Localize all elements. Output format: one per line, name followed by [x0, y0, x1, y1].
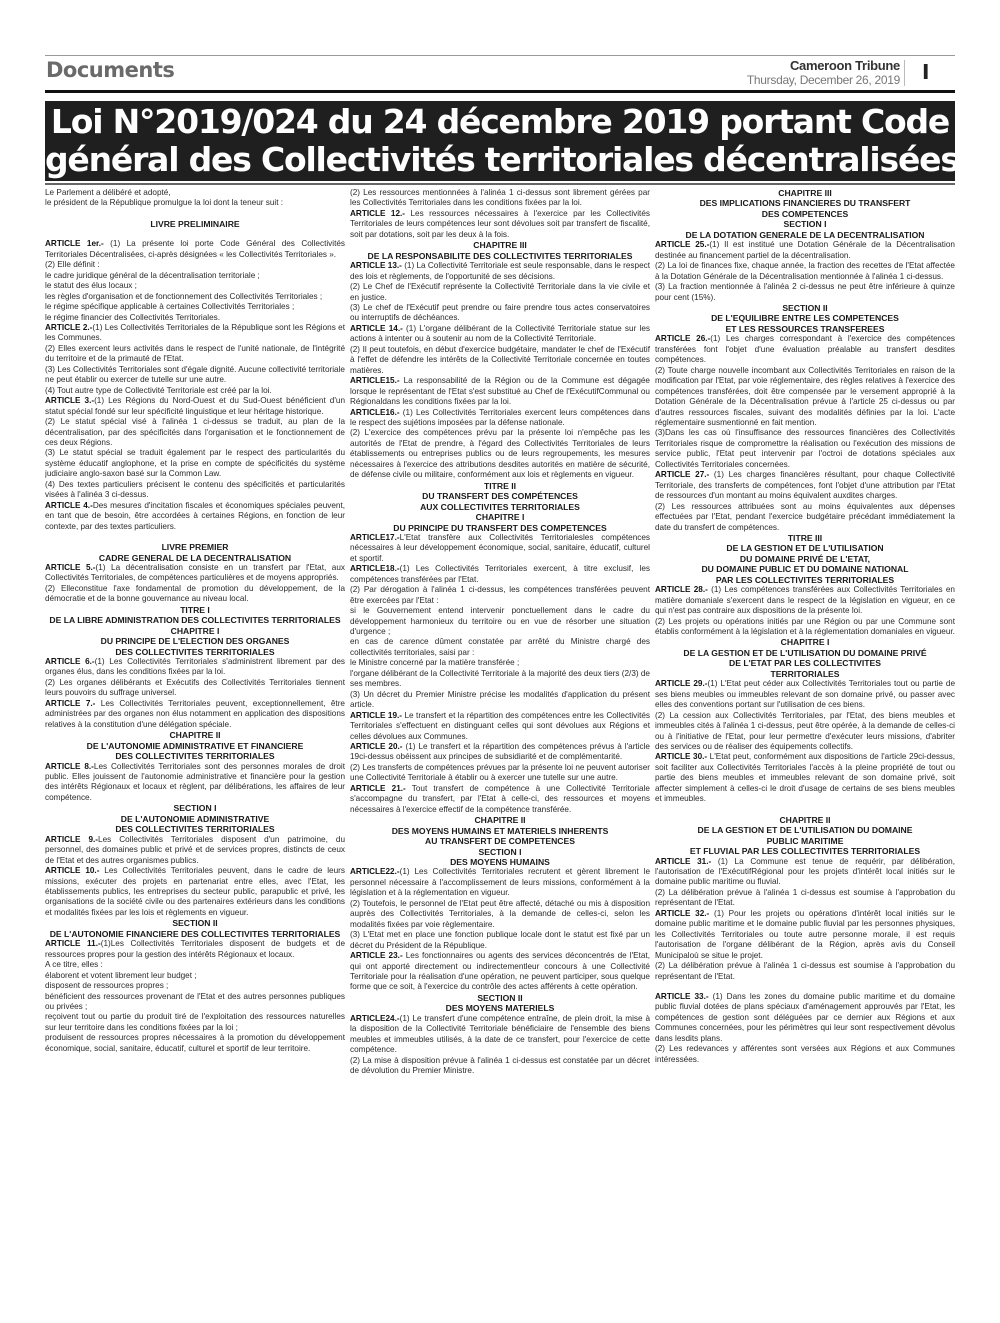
article-paragraph: ARTICLE 1er.- (1) La présente loi porte …	[45, 239, 345, 260]
paragraph: (2) Elleconstitue l'axe fondamental de p…	[45, 584, 345, 605]
paragraph-text: (4) Tout autre type de Collectivité Terr…	[45, 386, 272, 395]
paragraph: (3) Un décret du Premier Ministre précis…	[350, 690, 650, 711]
section-heading: TERRITORIALES	[655, 669, 955, 679]
paragraph-text: (2) Elleconstitue l'axe fondamental de p…	[45, 584, 345, 603]
article-paragraph: ARTICLE 29.-(1) L'Etat peut céder aux Co…	[655, 679, 955, 710]
section-heading: AUX COLLECTIVITES TERRITORIALES	[350, 502, 650, 512]
article-number: ARTICLE 2.-	[45, 323, 92, 332]
paragraph: (2) Le statut spécial visé à l'alinéa 1 …	[45, 417, 345, 448]
paragraph: (2) Elles exercent leurs activités dans …	[45, 344, 345, 365]
section-heading: DES COLLECTIVITES TERRITORIALES	[45, 647, 345, 657]
headline-line-2: général des Collectivités territoriales …	[45, 141, 955, 179]
article-paragraph: ARTICLE15.- La responsabilité de la Régi…	[350, 376, 650, 407]
section-heading: CADRE GENERAL DE LA DECENTRALISATION	[45, 553, 345, 563]
paragraph: (2) La délibération prévue à l'alinéa 1 …	[655, 888, 955, 909]
paragraph-text: A ce titre, elles :	[45, 960, 103, 969]
section-heading: DES MOYENS MATERIELS	[350, 1003, 650, 1013]
article-number: ARTICLE17.-	[350, 533, 400, 542]
paragraph: (2) Les redevances y afférentes sont ver…	[655, 1044, 955, 1065]
section-heading: DU DOMAINE PRIVÉ DE L'ETAT,	[655, 554, 955, 564]
section-heading: DU PRINCIPE DU TRANSFERT DES COMPETENCES	[350, 523, 650, 533]
paragraph: le Ministre concerné par la matière tran…	[350, 658, 650, 668]
paragraph: élaborent et votent librement leur budge…	[45, 971, 345, 981]
paragraph: (3) Le statut spécial se traduit égaleme…	[45, 448, 345, 479]
paragraph-text: si le Gouvernement entend intervenir pon…	[350, 606, 650, 636]
article-paragraph: ARTICLE 19.- Le transfert et la répartit…	[350, 711, 650, 742]
article-paragraph: ARTICLE 2.-(1) Les Collectivités Territo…	[45, 323, 345, 344]
article-number: ARTICLE 8.-	[45, 762, 94, 771]
paragraph: en cas de carence dûment constatée par a…	[350, 637, 650, 658]
article-number: ARTICLE24.-	[350, 1014, 400, 1023]
spacer	[45, 209, 345, 219]
article-number: ARTICLE 23.-	[350, 951, 403, 960]
paragraph-text: (2) Les transferts de compétences prévue…	[350, 763, 650, 782]
headline: Loi N°2019/024 du 24 décembre 2019 porta…	[45, 101, 955, 181]
paragraph-text: (2) Le Chef de l'Exécutif représente la …	[350, 282, 650, 301]
paragraph: (2) Les organes délibérants et Exécutifs…	[45, 678, 345, 699]
paragraph-text: (2) L'exercice des compétences prévu par…	[350, 428, 650, 479]
paragraph: les règles d'organisation et de fonction…	[45, 292, 345, 302]
article-number: ARTICLE18.-	[350, 564, 400, 573]
paragraph: le cadre juridique général de la décentr…	[45, 271, 345, 281]
paragraph-text: le cadre juridique général de la décentr…	[45, 271, 260, 280]
section-heading: TITRE II	[350, 481, 650, 491]
article-number: ARTICLE 26.-	[655, 334, 710, 343]
page-number: I	[922, 60, 929, 84]
article-number: ARTICLE15.-	[350, 376, 400, 385]
paragraph-text: (2) Il peut toutefois, en début d'exerci…	[350, 345, 650, 375]
paragraph: (2) La délibération prévue à l'alinéa 1 …	[655, 961, 955, 982]
column-1: Le Parlement a délibéré et adopté,le pré…	[45, 188, 345, 1278]
article-paragraph: ARTICLE 4.-Des mesures d'incitation fisc…	[45, 501, 345, 532]
article-number: ARTICLE 6.-	[45, 657, 95, 666]
article-paragraph: ARTICLE 33.- (1) Dans les zones du domai…	[655, 992, 955, 1044]
spacer	[655, 805, 955, 815]
paragraph-text: (4) Des textes particuliers précisent le…	[45, 480, 345, 499]
article-paragraph: ARTICLE 23.- Les fonctionnaires ou agent…	[350, 951, 650, 993]
section-heading: SECTION I	[45, 803, 345, 813]
paragraph-text: (2) Les ressources mentionnées à l'aliné…	[350, 188, 650, 207]
paragraph: A ce titre, elles :	[45, 960, 345, 970]
paragraph: le président de la République promulgue …	[45, 198, 345, 208]
section-label: Documents	[46, 58, 174, 82]
paragraph: (2) Toute charge nouvelle incombant aux …	[655, 366, 955, 429]
publication-date: Thursday, December 26, 2019	[747, 73, 900, 87]
section-heading: CHAPITRE II	[655, 815, 955, 825]
paragraph-text: (2) Les redevances y afférentes sont ver…	[655, 1044, 955, 1063]
paragraph-text: (3) L'Etat met en place une fonction pub…	[350, 930, 650, 949]
article-paragraph: ARTICLE 7.- Les Collectivités Territoria…	[45, 699, 345, 730]
section-heading: DU TRANSFERT DES COMPÉTENCES	[350, 491, 650, 501]
section-heading: TITRE III	[655, 533, 955, 543]
article-paragraph: ARTICLE 8.-Les Collectivités Territorial…	[45, 762, 345, 804]
paragraph: bénéficient des ressources provenant de …	[45, 992, 345, 1013]
article-paragraph: ARTICLE 11.-(1)Les Collectivités Territo…	[45, 939, 345, 960]
top-rule	[45, 55, 955, 56]
section-heading: DE L'AUTONOMIE ADMINISTRATIVE ET FINANCI…	[45, 741, 345, 751]
article-columns: Le Parlement a délibéré et adopté,le pré…	[45, 188, 955, 1278]
article-paragraph: ARTICLE 9.-Les Collectivités Territorial…	[45, 835, 345, 866]
headline-line-1: Loi N°2019/024 du 24 décembre 2019 porta…	[45, 103, 955, 141]
article-paragraph: ARTICLE22.-(1) Les Collectivités Territo…	[350, 867, 650, 898]
paragraph-text: (2) Elle définit :	[45, 260, 100, 269]
paragraph-text: (2) Toute charge nouvelle incombant aux …	[655, 366, 955, 427]
paragraph: (2) Par dérogation à l'alinéa 1 ci-dessu…	[350, 585, 650, 606]
section-heading: SECTION II	[350, 993, 650, 1003]
paragraph: (3) Les Collectivités Territoriales sont…	[45, 365, 345, 386]
section-heading: CHAPITRE II	[350, 815, 650, 825]
column-2: (2) Les ressources mentionnées à l'aliné…	[350, 188, 650, 1278]
article-paragraph: ARTICLE 25.-(1) Il est institué une Dota…	[655, 240, 955, 261]
paragraph-text: (3) Les Collectivités Territoriales sont…	[45, 365, 345, 384]
paragraph: (2) Il peut toutefois, en début d'exerci…	[350, 345, 650, 376]
paragraph: le régime spécifique applicable à certai…	[45, 302, 345, 312]
headline-underrule	[45, 183, 955, 185]
paragraph: (3)Dans les cas où l'insuffisance des re…	[655, 428, 955, 470]
paragraph-text: reçoivent tout ou partie du produit tiré…	[45, 1012, 345, 1031]
article-number: ARTICLE 13.-	[350, 261, 402, 270]
section-heading: DES MOYENS HUMAINS	[350, 857, 650, 867]
paragraph: (2) L'exercice des compétences prévu par…	[350, 428, 650, 480]
section-heading: CHAPITRE I	[45, 626, 345, 636]
article-paragraph: ARTICLE 27.- (1) Les charges financières…	[655, 470, 955, 501]
section-heading: DU DOMAINE PUBLIC ET DU DOMAINE NATIONAL	[655, 564, 955, 574]
section-heading: SECTION II	[655, 303, 955, 313]
paragraph-text: le Ministre concerné par la matière tran…	[350, 658, 519, 667]
paragraph-text: l'organe délibérant de la Collectivité T…	[350, 669, 650, 688]
paragraph: (3) L'Etat met en place une fonction pub…	[350, 930, 650, 951]
article-number: ARTICLE 9.-	[45, 835, 98, 844]
article-number: ARTICLE 5.-	[45, 563, 96, 572]
paragraph-text: (2) La mise à disposition prévue à l'ali…	[350, 1056, 650, 1075]
section-heading: DES MOYENS HUMAINS ET MATERIELS INHERENT…	[350, 826, 650, 836]
paragraph-text: les règles d'organisation et de fonction…	[45, 292, 322, 301]
section-heading: DE LA DOTATION GENERALE DE LA DECENTRALI…	[655, 230, 955, 240]
paragraph: (2) La mise à disposition prévue à l'ali…	[350, 1056, 650, 1077]
article-number: ARTICLE 1er.-	[45, 239, 104, 248]
article-paragraph: ARTICLE 10.- Les Collectivités Territori…	[45, 866, 345, 918]
section-heading: CHAPITRE III	[655, 188, 955, 198]
spacer	[45, 229, 345, 239]
section-heading: DES COLLECTIVITES TERRITORIALES	[45, 824, 345, 834]
paragraph-text: bénéficient des ressources provenant de …	[45, 992, 345, 1011]
paragraph-text: (2) Toutefois, le personnel de l'Etat pe…	[350, 899, 650, 929]
paragraph: disposent de ressources propres ;	[45, 981, 345, 991]
paragraph: si le Gouvernement entend intervenir pon…	[350, 606, 650, 637]
article-number: ARTICLE 30.-	[655, 752, 707, 761]
paragraph-text: (2) Elles exercent leurs activités dans …	[45, 344, 345, 363]
paragraph: reçoivent tout ou partie du produit tiré…	[45, 1012, 345, 1033]
section-heading: SECTION II	[45, 918, 345, 928]
article-paragraph: ARTICLE17.-L'Etat transfère aux Collecti…	[350, 533, 650, 564]
paragraph-text: (2) La cession aux Collectivités Territo…	[655, 711, 955, 751]
article-paragraph: ARTICLE 28.- (1) Les compétences transfé…	[655, 585, 955, 616]
paragraph: (2) Les ressources mentionnées à l'aliné…	[350, 188, 650, 209]
section-heading: DES COMPETENCES	[655, 209, 955, 219]
article-number: ARTICLE22.-	[350, 867, 400, 876]
article-paragraph: ARTICLE 3.-(1) Les Régions du Nord-Ouest…	[45, 396, 345, 417]
section-heading: ET LES RESSOURCES TRANSFEREES	[655, 324, 955, 334]
paragraph-text: disposent de ressources propres ;	[45, 981, 168, 990]
paragraph-text: (2) Par dérogation à l'alinéa 1 ci-dessu…	[350, 585, 650, 604]
article-paragraph: ARTICLE 26.-(1) Les charges correspondan…	[655, 334, 955, 365]
paragraph-text: Le Parlement a délibéré et adopté,	[45, 188, 171, 197]
article-number: ARTICLE 11.-	[45, 939, 101, 948]
section-heading: DE L'EQUILIBRE ENTRE LES COMPETENCES	[655, 313, 955, 323]
article-number: ARTICLE 25.-	[655, 240, 709, 249]
article-number: ARTICLE 27.-	[655, 470, 709, 479]
article-number: ARTICLE 14.-	[350, 324, 403, 333]
section-heading: DE LA GESTION ET DE L'UTILISATION DU DOM…	[655, 648, 955, 658]
paragraph: (2) Elle définit :	[45, 260, 345, 270]
article-number: ARTICLE 3.-	[45, 396, 94, 405]
paragraph-text: (3) La fraction mentionnée à l'alinéa 2 …	[655, 282, 955, 301]
paragraph: le régime financier des Collectivités Te…	[45, 313, 345, 323]
article-paragraph: ARTICLE 20.- (1) Le transfert et la répa…	[350, 742, 650, 763]
section-heading: LIVRE PRELIMINAIRE	[45, 219, 345, 229]
section-heading: CHAPITRE II	[45, 730, 345, 740]
paragraph: (2) Les transferts de compétences prévue…	[350, 763, 650, 784]
article-number: ARTICLE 19.-	[350, 711, 402, 720]
section-heading: DE L'AUTONOMIE ADMINISTRATIVE	[45, 814, 345, 824]
article-number: ARTICLE 28.-	[655, 585, 708, 594]
article-number: ARTICLE 32.-	[655, 909, 709, 918]
section-heading: DE LA GESTION ET DE L'UTILISATION DU DOM…	[655, 825, 955, 835]
paragraph-text: le régime financier des Collectivités Te…	[45, 313, 220, 322]
section-heading: DE LA GESTION ET DE L'UTILISATION	[655, 543, 955, 553]
section-heading: AU TRANSFERT DE COMPETENCES	[350, 836, 650, 846]
section-heading: PUBLIC MARITIME	[655, 836, 955, 846]
article-paragraph: ARTICLE18.-(1) Les Collectivités Territo…	[350, 564, 650, 585]
section-heading: DU PRINCIPE DE L'ELECTION DES ORGANES	[45, 636, 345, 646]
paragraph-text: élaborent et votent librement leur budge…	[45, 971, 197, 980]
paragraph: (2) Les projets ou opérations initiés pa…	[655, 617, 955, 638]
paragraph-text: (2) Les ressources attribuées sont au mo…	[655, 502, 955, 532]
paragraph: (2) Toutefois, le personnel de l'Etat pe…	[350, 899, 650, 930]
paragraph-text: le président de la République promulgue …	[45, 198, 283, 207]
paragraph-text: le statut des élus locaux ;	[45, 281, 137, 290]
paragraph: (3) Le chef de l'Exécutif peut prendre o…	[350, 303, 650, 324]
article-number: ARTICLE 4.-	[45, 501, 93, 510]
masthead-divider	[904, 60, 905, 86]
article-number: ARTICLE16.-	[350, 408, 400, 417]
paragraph: (4) Des textes particuliers précisent le…	[45, 480, 345, 501]
article-number: ARTICLE 10.-	[45, 866, 99, 875]
article-number: ARTICLE 7.-	[45, 699, 95, 708]
section-heading: PAR LES COLLECTIVITES TERRITORIALES	[655, 575, 955, 585]
article-paragraph: ARTICLE 12.- Les ressources nécessaires …	[350, 209, 650, 240]
article-paragraph: ARTICLE 31.- (1) La Commune est tenue de…	[655, 857, 955, 888]
paragraph-text: produisent de ressources propres nécessa…	[45, 1033, 345, 1052]
article-paragraph: ARTICLE16.- (1) Les Collectivités Territ…	[350, 408, 650, 429]
paragraph: Le Parlement a délibéré et adopté,	[45, 188, 345, 198]
paragraph: l'organe délibérant de la Collectivité T…	[350, 669, 650, 690]
article-paragraph: ARTICLE24.-(1) Le transfert d'une compét…	[350, 1014, 650, 1056]
article-paragraph: ARTICLE 30.- L'Etat peut, conformément a…	[655, 752, 955, 804]
section-heading: DES COLLECTIVITES TERRITORIALES	[45, 751, 345, 761]
article-number: ARTICLE 31.-	[655, 857, 711, 866]
paragraph-text: (2) Les organes délibérants et Exécutifs…	[45, 678, 345, 697]
section-heading: TITRE I	[45, 605, 345, 615]
section-heading: SECTION I	[350, 847, 650, 857]
article-number: ARTICLE 20.-	[350, 742, 403, 751]
paragraph: (2) Les ressources attribuées sont au mo…	[655, 502, 955, 533]
article-number: ARTICLE 29.-	[655, 679, 708, 688]
section-heading: DE LA RESPONSABILITE DES COLLECTIVITES T…	[350, 251, 650, 261]
article-paragraph: ARTICLE 5.-(1) La décentralisation consi…	[45, 563, 345, 584]
article-number: ARTICLE 21.-	[350, 784, 406, 793]
section-heading: LIVRE PREMIER	[45, 542, 345, 552]
section-heading: CHAPITRE I	[655, 637, 955, 647]
paragraph-text: (2) La délibération prévue à l'alinéa 1 …	[655, 888, 955, 907]
paragraph-text: (3) Le statut spécial se traduit égaleme…	[45, 448, 345, 478]
masthead: Cameroon Tribune Thursday, December 26, …	[747, 58, 900, 87]
newspaper-name: Cameroon Tribune	[747, 58, 900, 73]
article-number: ARTICLE 12.-	[350, 209, 405, 218]
section-heading: CHAPITRE III	[350, 240, 650, 250]
paragraph: (2) La loi de finances fixe, chaque anné…	[655, 261, 955, 282]
section-heading: SECTION I	[655, 219, 955, 229]
article-number: ARTICLE 33.-	[655, 992, 709, 1001]
spacer	[45, 532, 345, 542]
paragraph-text: (3) Un décret du Premier Ministre précis…	[350, 690, 650, 709]
article-paragraph: ARTICLE 13.- (1) La Collectivité Territo…	[350, 261, 650, 282]
section-heading: DE L'AUTONOMIE FINANCIERE DES COLLECTIVI…	[45, 929, 345, 939]
paragraph-text: (2) Le statut spécial visé à l'alinéa 1 …	[45, 417, 345, 447]
column-3: CHAPITRE IIIDES IMPLICATIONS FINANCIERES…	[655, 188, 955, 1278]
article-paragraph: ARTICLE 32.- (1) Pour les projets ou opé…	[655, 909, 955, 961]
paragraph-text: (2) La loi de finances fixe, chaque anné…	[655, 261, 955, 280]
paragraph: (3) La fraction mentionnée à l'alinéa 2 …	[655, 282, 955, 303]
spacer	[655, 982, 955, 992]
section-heading: CHAPITRE I	[350, 512, 650, 522]
article-paragraph: ARTICLE 14.- (1) L'organe délibérant de …	[350, 324, 650, 345]
paragraph-text: (2) Les projets ou opérations initiés pa…	[655, 617, 955, 636]
paragraph-text: (3) Le chef de l'Exécutif peut prendre o…	[350, 303, 650, 322]
article-paragraph: ARTICLE 6.-(1) Les Collectivités Territo…	[45, 657, 345, 678]
section-heading: DES IMPLICATIONS FINANCIERES DU TRANSFER…	[655, 198, 955, 208]
section-heading: ET FLUVIAL PAR LES COLLECTIVITES TERRITO…	[655, 846, 955, 856]
section-heading: DE LA LIBRE ADMINISTRATION DES COLLECTIV…	[45, 615, 345, 625]
header-rule	[45, 90, 955, 93]
paragraph: (2) La cession aux Collectivités Territo…	[655, 711, 955, 753]
paragraph-text: (2) La délibération prévue à l'alinéa 1 …	[655, 961, 955, 980]
section-heading: DE L'ETAT PAR LES COLLECTIVITES	[655, 658, 955, 668]
paragraph: produisent de ressources propres nécessa…	[45, 1033, 345, 1054]
paragraph: (2) Le Chef de l'Exécutif représente la …	[350, 282, 650, 303]
paragraph-text: le régime spécifique applicable à certai…	[45, 302, 294, 311]
paragraph-text: en cas de carence dûment constatée par a…	[350, 637, 650, 656]
paragraph: (4) Tout autre type de Collectivité Terr…	[45, 386, 345, 396]
paragraph-text: (3)Dans les cas où l'insuffisance des re…	[655, 428, 955, 468]
article-paragraph: ARTICLE 21.- Tout transfert de compétenc…	[350, 784, 650, 815]
paragraph: le statut des élus locaux ;	[45, 281, 345, 291]
